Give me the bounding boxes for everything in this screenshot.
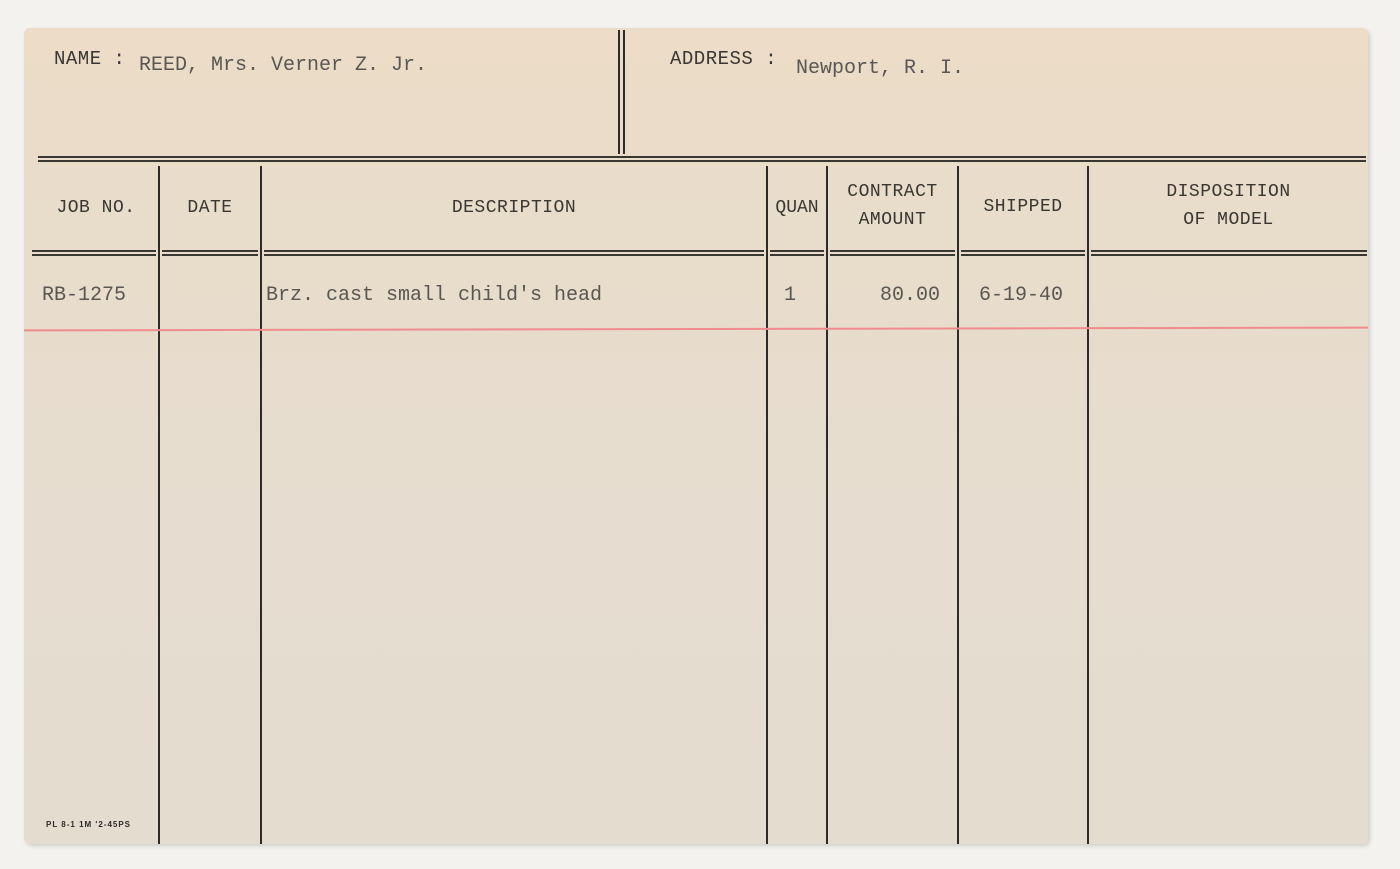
name-label: NAME : <box>54 48 125 70</box>
top-double-rule <box>38 156 1366 162</box>
address-value: Newport, R. I. <box>796 57 964 80</box>
cell-contract-amount: 80.00 <box>880 284 940 307</box>
header-rule-shipped <box>961 250 1085 256</box>
col-header-contract-amount: CONTRACT AMOUNT <box>828 178 957 234</box>
col-header-date: DATE <box>160 194 260 222</box>
header-rule-job <box>32 250 156 256</box>
red-rule <box>24 327 1368 332</box>
header-rule-quan <box>770 250 824 256</box>
name-value: REED, Mrs. Verner Z. Jr. <box>139 54 427 77</box>
header-rule-description <box>264 250 764 256</box>
print-code: PL 8-1 1M '2-45PS <box>46 820 131 829</box>
header-rule-disposition <box>1091 250 1367 256</box>
header-divider-right <box>623 30 625 154</box>
col-divider-4 <box>826 166 828 844</box>
col-header-contract-line1: CONTRACT <box>828 178 957 206</box>
col-header-disposition: DISPOSITION OF MODEL <box>1089 178 1368 234</box>
header-divider-left <box>618 30 620 154</box>
col-header-disposition-line1: DISPOSITION <box>1089 178 1368 206</box>
header-rule-date <box>162 250 258 256</box>
index-card: NAME : REED, Mrs. Verner Z. Jr. ADDRESS … <box>24 28 1368 844</box>
col-header-description: DESCRIPTION <box>262 194 766 222</box>
col-divider-2 <box>260 166 262 844</box>
col-divider-5 <box>957 166 959 844</box>
cell-quan: 1 <box>784 284 796 307</box>
col-header-shipped: SHIPPED <box>959 193 1087 221</box>
cell-job-no: RB-1275 <box>42 284 126 307</box>
header-rule-amount <box>830 250 955 256</box>
cell-description: Brz. cast small child's head <box>266 284 602 307</box>
col-header-contract-line2: AMOUNT <box>828 206 957 234</box>
col-divider-3 <box>766 166 768 844</box>
col-divider-6 <box>1087 166 1089 844</box>
cell-shipped: 6-19-40 <box>979 284 1063 307</box>
col-divider-1 <box>158 166 160 844</box>
address-label: ADDRESS : <box>670 48 777 70</box>
col-header-quan: QUAN <box>768 194 826 222</box>
col-header-job-no: JOB NO. <box>34 194 158 222</box>
col-header-disposition-line2: OF MODEL <box>1089 206 1368 234</box>
